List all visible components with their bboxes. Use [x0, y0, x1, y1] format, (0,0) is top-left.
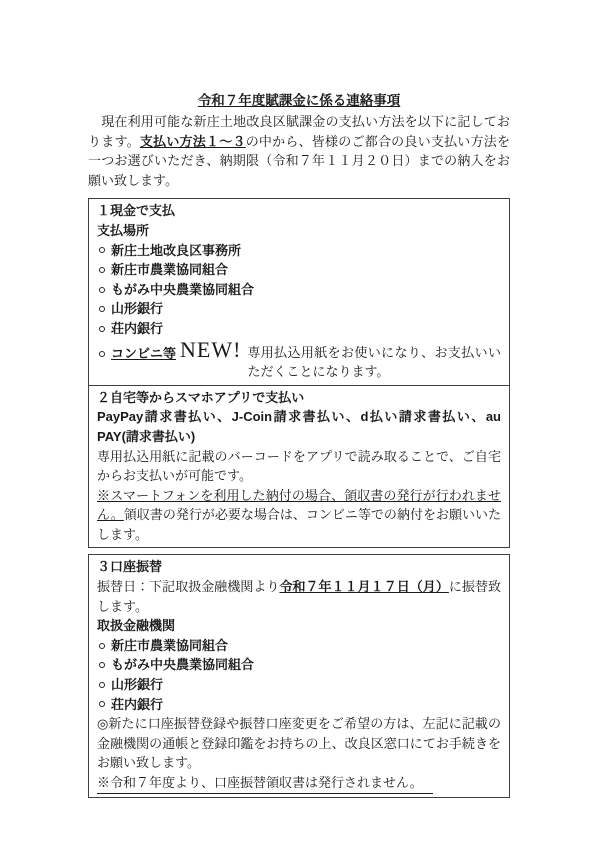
institution: もがみ中央農業協同組合: [111, 655, 254, 675]
bullet-icon: [99, 267, 105, 273]
convenience-store-note: 専用払込用紙をお使いになり、お支払いいただくことになります。: [247, 343, 501, 382]
intro-payment-methods-emphasis: 支払い方法１～３: [140, 134, 246, 149]
section-direct-debit: ３口座振替 振替日：下記取扱金融機関より令和７年１１月１７日（月）に振替致します…: [88, 554, 510, 797]
list-item: 山形銀行: [97, 675, 501, 695]
new-badge: NEW!: [180, 339, 241, 361]
bullet-icon: [99, 682, 105, 688]
convenience-store-label: コンビニ等: [111, 344, 176, 364]
institution: 荘内銀行: [111, 695, 163, 715]
bullet-icon: [99, 287, 105, 293]
institution: 新庄市農業協同組合: [111, 636, 228, 656]
list-item: 新庄土地改良区事務所: [97, 241, 501, 261]
section2-heading: ２自宅等からスマホアプリで支払い: [97, 388, 501, 408]
institutions-heading: 取扱金融機関: [97, 616, 501, 636]
list-item: もがみ中央農業協同組合: [97, 280, 501, 300]
payment-apps-list: PayPay請求書払い、J-Coin請求書払い、d払い請求書払い、au PAY(…: [97, 407, 501, 446]
registration-note: ◎新たに口座振替登録や振替口座変更をご希望の方は、左記に記載の金融機関の通帳と登…: [97, 714, 501, 773]
transfer-date: 令和７年１１月１７日（月）: [279, 579, 448, 594]
convenience-store-row: コンビニ等 NEW! 専用払込用紙をお使いになり、お支払いいただくことになります…: [97, 339, 501, 382]
receipt-discontinued-line: ※令和７年度より、口座振替領収書は発行されません。: [97, 773, 501, 794]
payment-location: 新庄市農業協同組合: [111, 260, 228, 280]
list-item: 新庄市農業協同組合: [97, 636, 501, 656]
receipt-alternative-text: 領収書の発行が必要な場合は、コンビニ等での納付をお願いいたします。: [97, 507, 501, 542]
intro-paragraph: 現在利用可能な新庄土地改良区賦課金の支払い方法を以下に記しております。支払い方法…: [88, 112, 510, 190]
bullet-icon: [99, 701, 105, 707]
document-title: 令和７年度賦課金に係る連絡事項: [88, 92, 510, 109]
section1-heading: １現金で支払: [97, 201, 501, 221]
section2-receipt-note: ※スマートフォンを利用した納付の場合、領収書の発行が行われません。領収書の発行が…: [97, 486, 501, 545]
section-smartphone-payment: ２自宅等からスマホアプリで支払い PayPay請求書払い、J-Coin請求書払い…: [88, 386, 510, 549]
bullet-icon: [99, 662, 105, 668]
receipt-discontinued-note: ※令和７年度より、口座振替領収書は発行されません。: [97, 773, 433, 794]
bullet-icon: [99, 306, 105, 312]
institution: 山形銀行: [111, 675, 163, 695]
section-cash-payment: １現金で支払 支払場所 新庄土地改良区事務所 新庄市農業協同組合 もがみ中央農業…: [88, 198, 510, 385]
section1-subheading: 支払場所: [97, 221, 501, 241]
document-page: 令和７年度賦課金に係る連絡事項 現在利用可能な新庄土地改良区賦課金の支払い方法を…: [0, 0, 595, 842]
payment-location: 荘内銀行: [111, 319, 163, 339]
list-item: 荘内銀行: [97, 695, 501, 715]
document-content: 令和７年度賦課金に係る連絡事項 現在利用可能な新庄土地改良区賦課金の支払い方法を…: [88, 0, 510, 798]
convenience-store-label-wrap: コンビニ等: [97, 344, 176, 364]
bullet-icon: [99, 247, 105, 253]
list-item: 荘内銀行: [97, 319, 501, 339]
payment-location: もがみ中央農業協同組合: [111, 280, 254, 300]
list-item: もがみ中央農業協同組合: [97, 655, 501, 675]
payment-location: 山形銀行: [111, 299, 163, 319]
bullet-icon: [99, 326, 105, 332]
bullet-icon: [99, 643, 105, 649]
section3-heading: ３口座振替: [97, 557, 501, 577]
transfer-date-line: 振替日：下記取扱金融機関より令和７年１１月１７日（月）に振替致します。: [97, 577, 501, 616]
list-item: 新庄市農業協同組合: [97, 260, 501, 280]
bullet-icon: [99, 351, 105, 357]
list-item: 山形銀行: [97, 299, 501, 319]
section2-body: 専用払込用紙に記載のバーコードをアプリで読み取ることで、ご自宅からお支払いが可能…: [97, 447, 501, 486]
payment-location: 新庄土地改良区事務所: [111, 241, 241, 261]
transfer-date-pre: 振替日：下記取扱金融機関より: [97, 579, 279, 594]
